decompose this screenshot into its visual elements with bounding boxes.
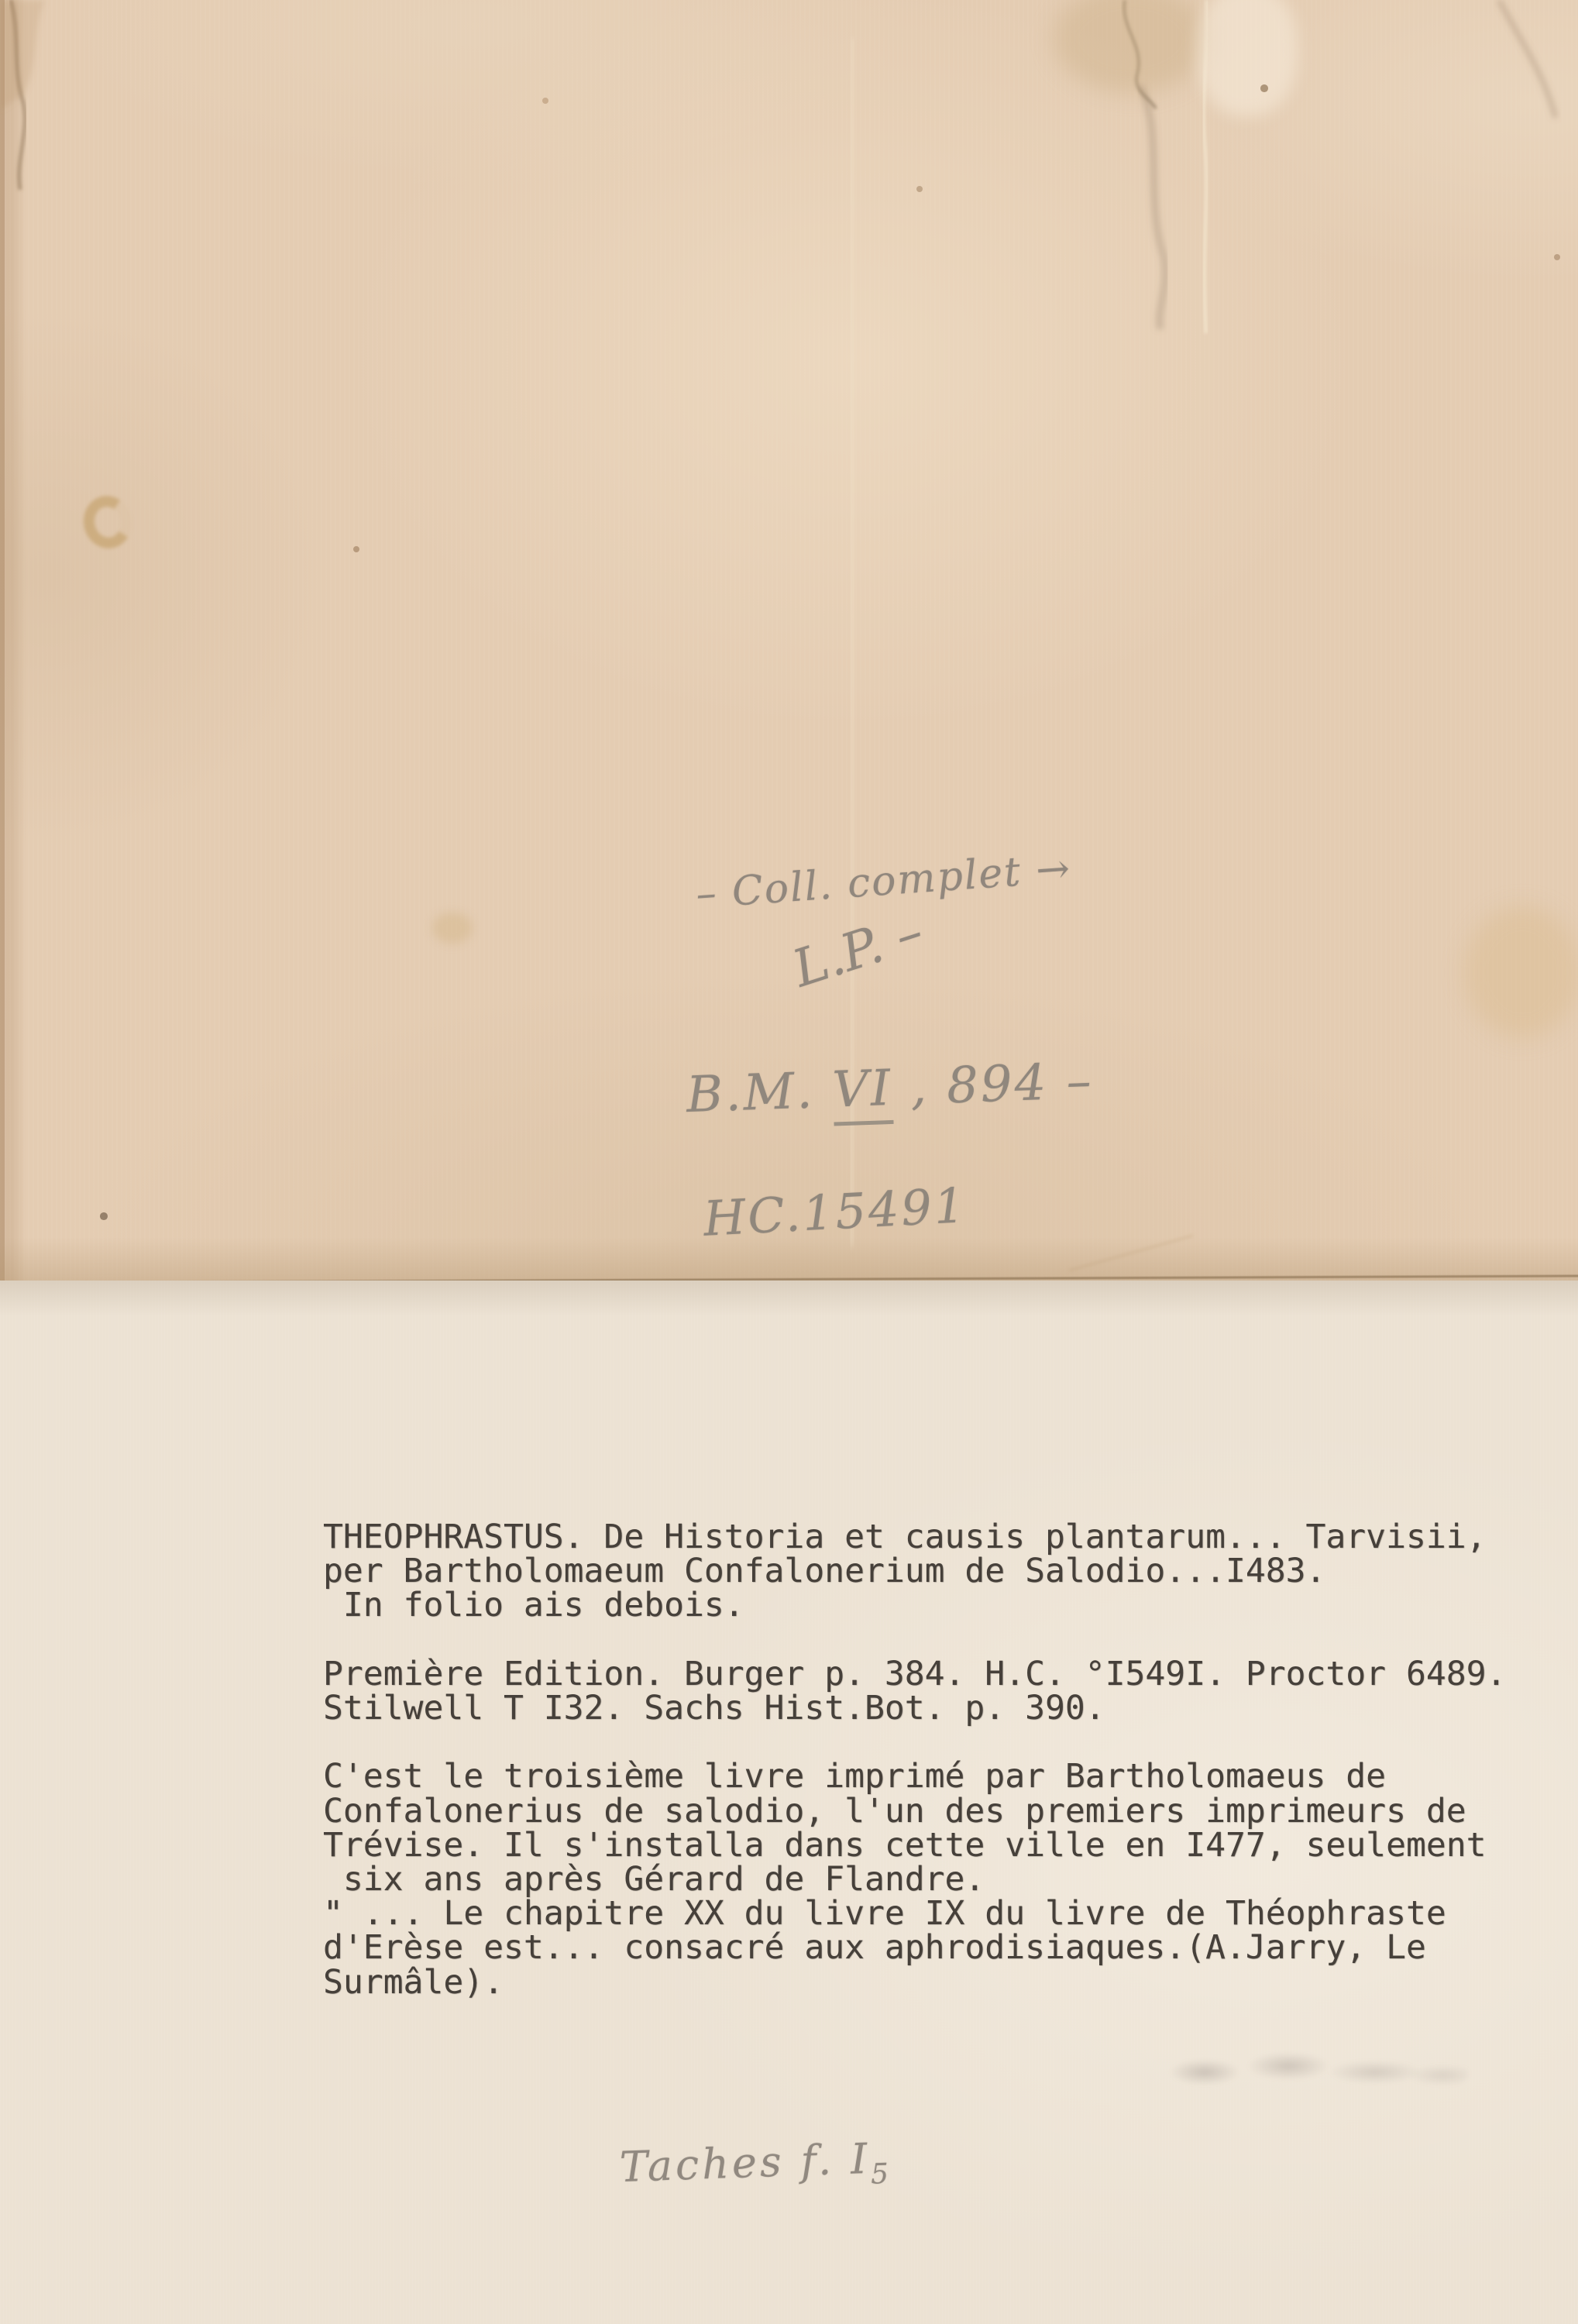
pencil-note-taches: Taches f. I5 [619,2133,892,2199]
aged-paper-leaf: – Coll. complet → L.P. – B.M. VI , 894 –… [0,0,1578,1281]
foxing-stain-right [1464,906,1578,1038]
foxing-stain-small [432,913,473,944]
taches-subscript: 5 [870,2158,892,2191]
taches-text: Taches f. I [619,2134,872,2192]
bm-prefix: B.M. [686,1062,834,1125]
light-crease-patch [1197,0,1298,116]
bibliographic-card: THEOPHRASTUS. De Historia et causis plan… [0,1281,1578,2324]
bm-roman-numeral-underlined: VI [831,1060,893,1126]
scanned-document-page: – Coll. complet → L.P. – B.M. VI , 894 –… [0,0,1578,2324]
typewritten-description: THEOPHRASTUS. De Historia et causis plan… [323,1520,1506,1999]
foxing-specks [0,0,3,3]
faint-stamp-smudge [1158,2039,1468,2099]
bm-suffix: , 894 – [892,1053,1095,1117]
